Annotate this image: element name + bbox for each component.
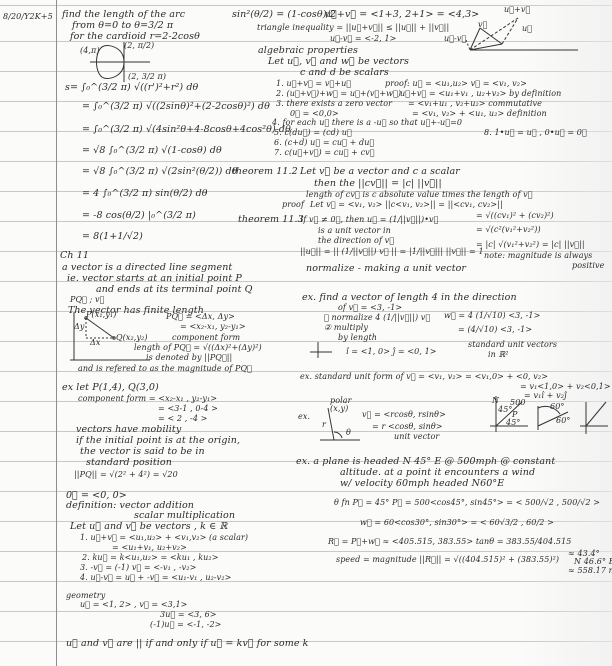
property: 2. (u⃗+v⃗)+w⃗ = u⃗+(v⃗+w⃗)	[276, 89, 401, 98]
theorem-line: is a unit vector in	[318, 226, 391, 235]
theorem-line: length of cv⃗ is c absolute value times …	[306, 190, 533, 199]
algebraic-intro: Let u⃗, v⃗ and w⃗ be vectors	[268, 56, 409, 67]
standard-form-line: = v₁<1,0> + v₂<0,1>	[520, 382, 611, 391]
example-line: the vector is said to be in	[80, 446, 205, 457]
proof-line: = <v₁+u₁ , v₂+u₂> commutative	[408, 99, 542, 108]
theorem-line: If v⃗ ≠ 0⃗, then u⃗ = (1/||v⃗||)•v⃗	[300, 215, 438, 224]
operations-line: Let u⃗ and v⃗ be vectors , k ∈ ℝ	[70, 521, 227, 532]
unit-vectors: î = <1, 0> ĵ = <0, 1>	[346, 347, 437, 356]
plane-answer: ≈ 558.17 mph	[568, 566, 612, 575]
operations-line: = <u₁+v₁, u₂+v₂>	[112, 543, 187, 552]
vector-difference: u⃗-v⃗ = <-2, 1>	[330, 34, 396, 43]
component-line: = <x₂-x₁, y₂-y₁>	[180, 322, 246, 331]
delta-y-label: Δy	[74, 322, 85, 331]
parallel-condition: u⃗ and v⃗ are || if and only if u⃗ = kv⃗…	[66, 638, 309, 649]
ch11-line: ie. vector starts at an initial point P	[67, 273, 242, 284]
plane-calc: w⃗ = 60<cos30°, sin30°> = < 60√3/2 , 60/…	[360, 518, 554, 527]
example-line: vectors have mobility	[76, 424, 181, 435]
plane-problem-line: ex. a plane is headed N 45° E @ 500mph @…	[296, 456, 555, 467]
arc-step: = ∫₀^(3/2 π) √((2sinθ)²+(2-2cosθ)²) dθ	[82, 101, 270, 112]
arc-step: = √8 ∫₀^(3/2 π) √(2sin²(θ/2)) dθ	[82, 166, 238, 177]
property: 1. u⃗+v⃗ = v⃗+u⃗	[276, 79, 351, 88]
geometry-line: u⃗ = <1, 2> , v⃗ = <3,1>	[80, 600, 187, 609]
ch11-line: PQ⃗ ; v⃗	[70, 295, 104, 304]
unit-vectors-label: in ℝ²	[488, 350, 509, 359]
component-line: component form	[172, 333, 240, 342]
margin-line	[56, 0, 57, 666]
example-line: = < 2 , -4 >	[158, 414, 207, 423]
normalize-definition: normalize - making a unit vector	[306, 263, 466, 274]
theorem-line: Let v⃗ be a vector and c a scalar	[300, 166, 460, 177]
theorem-11-2-label: theorem 11.2	[232, 166, 298, 177]
proof-line: u⃗+v⃗ = <u₁+v₁ , u₂+v₂> by definition	[400, 89, 561, 98]
arc-step: = ∫₀^(3/2 π) √(4sin²θ+4-8cosθ+4cos²θ) dθ	[82, 124, 291, 135]
polar-ex-label: ex.	[298, 412, 310, 421]
normalize-example-line: by length	[338, 333, 377, 342]
vector-sum: u⃗+v⃗ = <1+3, 2+1> = <4,3>	[325, 9, 479, 20]
property: 3. there exists a zero vector	[276, 99, 392, 108]
speed-label: 500	[510, 398, 526, 407]
normalize-example-line: ① normalize 4 (1/||v⃗||) v⃗	[324, 313, 430, 322]
notebook-page: 8/20/Y2K+5 find the length of the arc fr…	[0, 0, 612, 666]
operations-line: 4. u⃗-v⃗ = u⃗ + -v⃗ = <u₁-v₁ , u₂-v₂>	[80, 573, 231, 582]
example-line: = <3-1 , 0-4 >	[158, 404, 218, 413]
example-line: standard position	[86, 457, 172, 468]
component-line: length of PQ⃗ = √((Δx)²+(Δy)²)	[134, 343, 262, 352]
arc-problem-line: find the length of the arc	[62, 9, 185, 20]
example-line: ex let P(1,4), Q(3,0)	[62, 382, 159, 393]
property: 8. 1•u⃗ = u⃗ , 0•u⃗ = 0⃗	[484, 128, 587, 137]
note: positive	[572, 261, 604, 270]
proof-line: Let v⃗ = <v₁, v₂> ||c<v₁, v₂>|| = ||<cv₁…	[310, 200, 503, 209]
triangle-label: v⃗	[478, 20, 487, 29]
cardioid-label: (2, 3/2 π)	[128, 72, 166, 81]
angle-label: 45°	[506, 418, 520, 427]
plane-problem-line: altitude. at a point it encounters a win…	[340, 467, 535, 478]
proof-line: proof: u⃗ = <u₁,u₂> v⃗ = <v₁, v₂>	[385, 79, 527, 88]
angle-label: 60°	[556, 416, 570, 425]
plane-calc: θ fn P⃗ = 45° P⃗ = 500<cos45°, sin45°> =…	[334, 498, 600, 507]
proof-label: proof	[282, 200, 304, 209]
theorem-line: then the ||cv⃗|| = |c| ||v⃗||	[314, 178, 442, 189]
polar-figure-label: θ	[346, 428, 351, 437]
standard-form-line: ex. standard unit form of v⃗ = <v₁, v₂> …	[300, 372, 548, 381]
arc-step: s= ∫₀^(3/2 π) √((r')²+r²) dθ	[65, 82, 198, 93]
proof-line: = |c| √(v₁²+v₂²) = |c| ||v⃗||	[476, 240, 585, 249]
algebraic-heading: algebraic properties	[258, 45, 358, 56]
theorem-line: ||u⃗|| = || (1/||v⃗||) v⃗ || = |1/||v⃗||…	[300, 247, 484, 256]
margin-date: 8/20/Y2K+5	[3, 12, 53, 21]
arc-problem-line: from θ=0 to θ=3/2 π	[72, 20, 173, 31]
arc-step: = 4 ∫₀^(3/2 π) sin(θ/2) dθ	[82, 188, 208, 199]
half-angle-identity: sin²(θ/2) = (1-cosθ)/2	[232, 9, 336, 20]
ch11-line: a vector is a directed line segment	[62, 262, 232, 273]
example-line: ||PQ|| = √(2² + 4²) = √20	[74, 470, 178, 479]
plane-calc: R⃗ = P⃗+w⃗ ≈ <405.515, 383.55> tanθ = 38…	[328, 537, 571, 546]
operations-line: scalar multiplication	[134, 510, 235, 521]
polar-line: v⃗ = <rcosθ, rsinθ>	[362, 410, 446, 419]
normalize-example-line: of v⃗ = <3, -1>	[338, 303, 402, 312]
geometry-line: (-1)u⃗ = <-1, -2>	[150, 620, 221, 629]
proof-line: = <v₁, v₂> + <u₁, u₂> definition	[412, 109, 547, 118]
theorem-line: the direction of v⃗	[318, 236, 394, 245]
normalize-example-line: ex. find a vector of length 4 in the dir…	[302, 292, 517, 303]
triangle-label: u⃗+v⃗	[504, 5, 530, 14]
arc-step: = √8 ∫₀^(3/2 π) √(1-cosθ) dθ	[82, 145, 222, 156]
plane-heading-figure	[490, 396, 608, 436]
cardioid-label: (4,π)	[80, 46, 100, 55]
geometry-heading: geometry	[66, 591, 105, 600]
normalize-result: w⃗ = 4 (1/√10) <3, -1>	[444, 311, 540, 320]
component-line: is denoted by ||PQ⃗||	[146, 353, 232, 362]
arc-step: = 8(1+1/√2)	[82, 231, 143, 242]
normalize-example-line: ② multiply	[324, 323, 368, 332]
arc-step: = -8 cos(θ/2) |₀^(3/2 π)	[82, 210, 196, 221]
component-line: and is refered to as the magnitude of PQ…	[78, 364, 252, 373]
property: 6. (c+d) u⃗ = cu⃗ + du⃗	[274, 138, 374, 147]
operations-line: 3. -v⃗ = (-1) v⃗ = <-v₁ , -v₂>	[80, 563, 196, 572]
triangle-label: u⃗-v⃗	[444, 34, 466, 43]
proof-line: = √((cv₁)² + (cv₂)²)	[476, 211, 554, 220]
algebraic-intro: c and d be scalars	[300, 67, 389, 78]
polar-line: = r <cosθ, sinθ>	[372, 422, 443, 431]
operations-line: 1. u⃗+v⃗ = <u₁,u₂> + <v₁,v₂> (a scalar)	[80, 533, 248, 542]
property: 4. for each u⃗ there is a -u⃗ so that u⃗…	[272, 118, 462, 127]
polar-figure-label: r	[322, 420, 326, 429]
axes-icon	[310, 342, 334, 358]
chapter-heading: Ch 11	[60, 250, 89, 261]
plane-problem-line: w/ velocity 60mph headed N60°E	[340, 478, 504, 489]
north-label: N	[492, 396, 499, 405]
example-line: component form = <x₂-x₁ , y₂-y₁>	[78, 394, 217, 403]
point-p-label: P(x₁,y₁)	[86, 310, 116, 319]
polar-line: unit vector	[394, 432, 439, 441]
plane-calc: speed = magnitude ||R⃗|| = √((404.515)² …	[336, 555, 559, 564]
geometry-line: 3u⃗ = <3, 6>	[160, 610, 217, 619]
plane-answer: N 46.6° E	[574, 557, 612, 566]
property: 5. c(du⃗) = (cd) u⃗	[274, 128, 352, 137]
example-line: if the initial point is at the origin,	[76, 435, 240, 446]
note: note: magnitude is always	[484, 251, 592, 260]
angle-label: 60°	[550, 402, 564, 411]
point-q-label: Q(x₂,y₂)	[116, 333, 148, 342]
property: 7. c(u⃗+v⃗) = cu⃗ + cv⃗	[274, 148, 375, 157]
unit-vectors-label: standard unit vectors	[468, 340, 557, 349]
theorem-11-3-label: theorem 11.3	[238, 214, 304, 225]
delta-x-label: Δx	[90, 338, 101, 347]
normalize-result: = (4/√10) <3, -1>	[458, 325, 532, 334]
triangle-label: u⃗	[522, 24, 532, 33]
operations-line: 2. ku⃗ = k<u₁,u₂> = <ku₁ , ku₂>	[82, 553, 219, 562]
polar-figure-label: (x,y)	[330, 404, 348, 413]
property: 0⃗ = <0,0>	[290, 109, 339, 118]
ch11-line: and ends at its terminal point Q	[96, 284, 253, 295]
proof-line: = √(c²(v₁²+v₂²))	[476, 225, 541, 234]
component-line: PQ⃗ = <Δx, Δy>	[166, 312, 235, 321]
triangle-inequality: triangle inequality = ||u⃗+v⃗|| ≤ ||u⃗||…	[257, 23, 449, 32]
cardioid-label: (2, π/2)	[124, 41, 154, 50]
